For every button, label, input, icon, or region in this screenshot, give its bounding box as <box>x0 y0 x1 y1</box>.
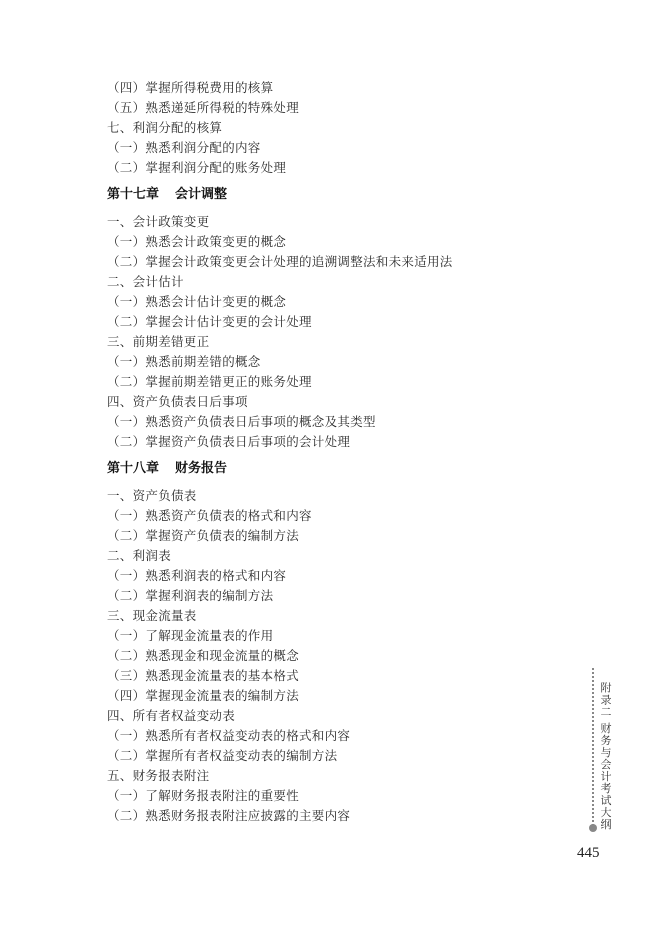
chapter-number: 第十八章 <box>107 461 159 476</box>
section-heading: 四、资产负债表日后事项 <box>107 392 567 412</box>
outline-item: （一）熟悉资产负债表的格式和内容 <box>107 506 567 526</box>
section-heading: 二、会计估计 <box>107 272 567 292</box>
outline-item: （一）熟悉利润表的格式和内容 <box>107 566 567 586</box>
outline-item: （二）掌握前期差错更正的账务处理 <box>107 372 567 392</box>
page-content: （四）掌握所得税费用的核算 （五）熟悉递延所得税的特殊处理 七、利润分配的核算 … <box>107 78 567 826</box>
outline-item: （一）了解财务报表附注的重要性 <box>107 786 567 806</box>
outline-item: （二）掌握利润表的编制方法 <box>107 586 567 606</box>
section-heading: 二、利润表 <box>107 546 567 566</box>
chapter-title: 会计调整 <box>175 187 227 202</box>
outline-item: （一）熟悉会计估计变更的概念 <box>107 292 567 312</box>
section-heading: 三、前期差错更正 <box>107 332 567 352</box>
side-label: 附录二 财务与会计考试大纲 <box>599 682 611 831</box>
outline-item: （四）掌握现金流量表的编制方法 <box>107 686 567 706</box>
section-heading: 七、利润分配的核算 <box>107 118 567 138</box>
outline-item: （一）熟悉所有者权益变动表的格式和内容 <box>107 726 567 746</box>
bullet-dot-icon <box>589 824 597 832</box>
side-running-header: 附录二 财务与会计考试大纲 <box>590 668 610 838</box>
outline-item: （二）掌握资产负债表的编制方法 <box>107 526 567 546</box>
section-heading: 五、财务报表附注 <box>107 766 567 786</box>
outline-item: （四）掌握所得税费用的核算 <box>107 78 567 98</box>
outline-item: （二）掌握所有者权益变动表的编制方法 <box>107 746 567 766</box>
outline-item: （二）熟悉财务报表附注应披露的主要内容 <box>107 806 567 826</box>
dotted-rule <box>592 668 594 826</box>
outline-item: （五）熟悉递延所得税的特殊处理 <box>107 98 567 118</box>
chapter-heading-18: 第十八章财务报告 <box>107 459 567 479</box>
outline-item: （二）掌握利润分配的账务处理 <box>107 158 567 178</box>
outline-item: （一）熟悉利润分配的内容 <box>107 138 567 158</box>
chapter-title: 财务报告 <box>175 461 227 476</box>
page-number: 445 <box>577 845 600 862</box>
chapter-heading-17: 第十七章会计调整 <box>107 185 567 205</box>
outline-item: （二）掌握资产负债表日后事项的会计处理 <box>107 432 567 452</box>
section-heading: 四、所有者权益变动表 <box>107 706 567 726</box>
section-heading: 一、会计政策变更 <box>107 212 567 232</box>
outline-item: （一）熟悉前期差错的概念 <box>107 352 567 372</box>
document-page: （四）掌握所得税费用的核算 （五）熟悉递延所得税的特殊处理 七、利润分配的核算 … <box>0 0 655 935</box>
outline-item: （一）了解现金流量表的作用 <box>107 626 567 646</box>
section-heading: 一、资产负债表 <box>107 486 567 506</box>
section-heading: 三、现金流量表 <box>107 606 567 626</box>
outline-item: （一）熟悉会计政策变更的概念 <box>107 232 567 252</box>
chapter-number: 第十七章 <box>107 187 159 202</box>
outline-item: （一）熟悉资产负债表日后事项的概念及其类型 <box>107 412 567 432</box>
outline-item: （三）熟悉现金流量表的基本格式 <box>107 666 567 686</box>
outline-item: （二）熟悉现金和现金流量的概念 <box>107 646 567 666</box>
outline-item: （二）掌握会计估计变更的会计处理 <box>107 312 567 332</box>
outline-item: （二）掌握会计政策变更会计处理的追溯调整法和未来适用法 <box>107 252 567 272</box>
